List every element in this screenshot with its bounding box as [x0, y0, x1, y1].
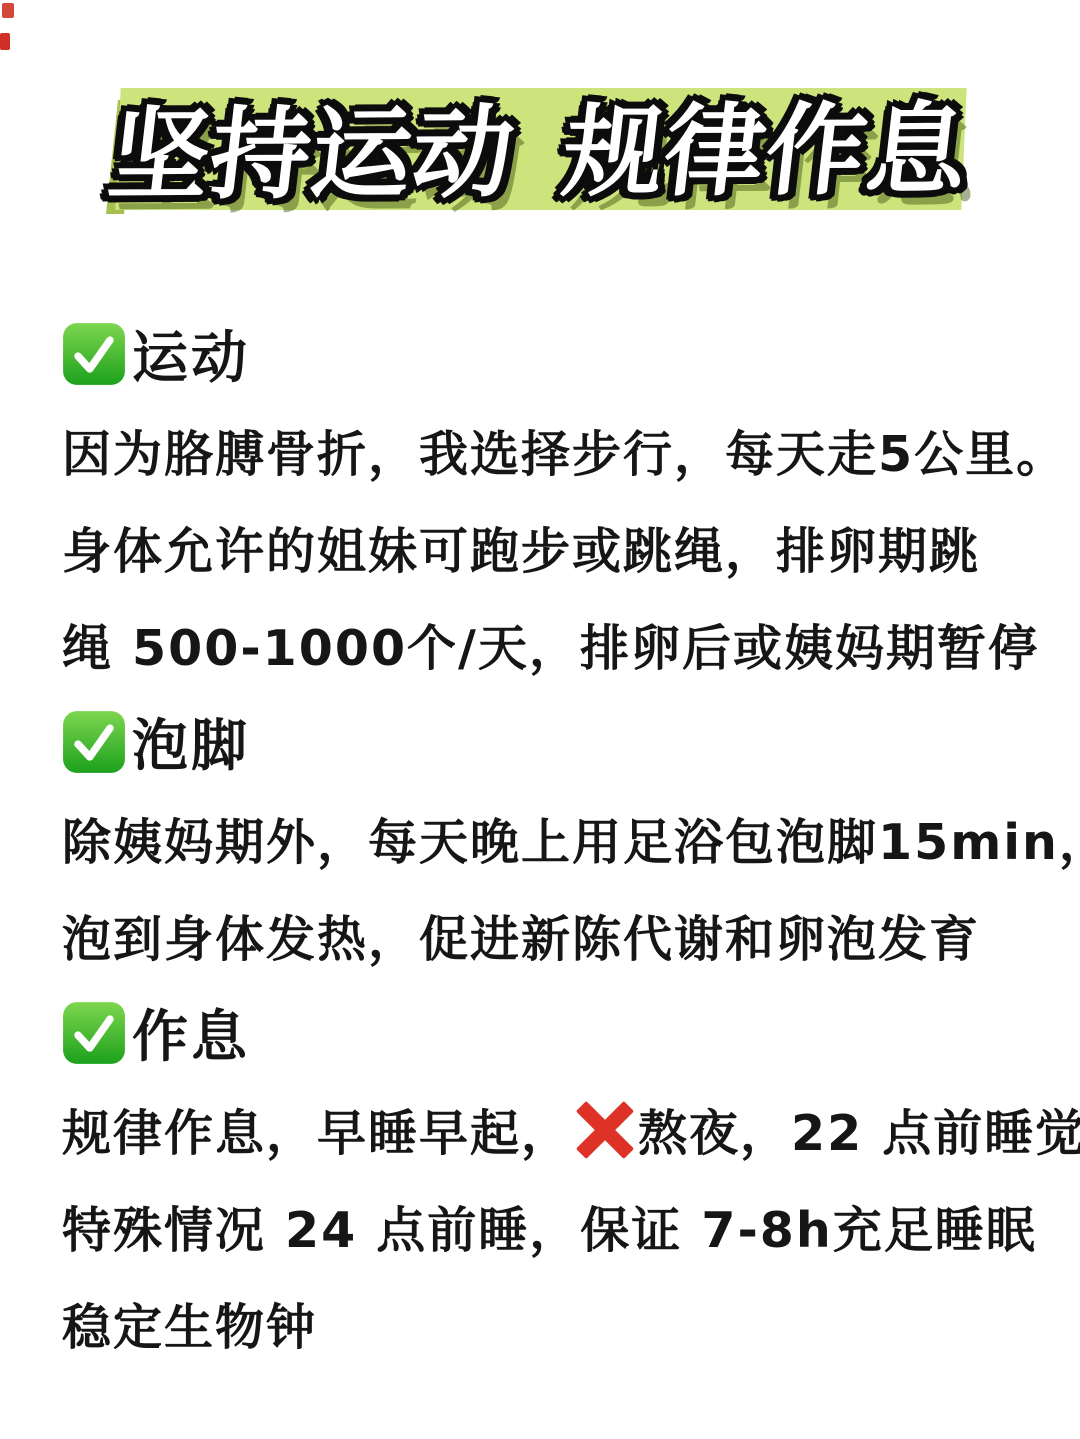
check-emoji	[62, 710, 126, 774]
text-line: 泡到身体发热，促进新陈代谢和卵泡发育	[62, 887, 1042, 984]
section-heading-label: 泡脚	[132, 702, 250, 782]
text-line-with-cross: 规律作息，早睡早起， 熬夜，22 点前睡觉	[62, 1081, 1042, 1178]
text-segment: 规律作息，早睡早起，	[62, 1095, 572, 1165]
check-emoji	[62, 322, 126, 386]
red-corner-mark	[2, 3, 14, 18]
section-heading-sleep: 作息	[62, 984, 1042, 1081]
red-corner-mark	[0, 33, 10, 50]
text-line: 除姨妈期外，每天晚上用足浴包泡脚15min，	[62, 790, 1042, 887]
section-heading-exercise: 运动	[62, 305, 1042, 402]
note-body: 运动 因为胳膊骨折，我选择步行，每天走5公里。 身体允许的姐妹可跑步或跳绳，排卵…	[62, 305, 1042, 1372]
text-segment: 熬夜，22 点前睡觉	[638, 1095, 1080, 1165]
page-title: 坚持运动 规律作息	[0, 68, 1080, 220]
text-line: 稳定生物钟	[62, 1275, 1042, 1372]
text-line: 身体允许的姐妹可跑步或跳绳，排卵期跳	[62, 499, 1042, 596]
text-line: 绳 500-1000个/天，排卵后或姨妈期暂停	[62, 596, 1042, 693]
check-emoji	[62, 1001, 126, 1065]
text-line: 因为胳膊骨折，我选择步行，每天走5公里。	[62, 402, 1042, 499]
section-heading-label: 运动	[132, 314, 250, 394]
text-line: 特殊情况 24 点前睡，保证 7-8h充足睡眠	[62, 1178, 1042, 1275]
section-heading-footsoak: 泡脚	[62, 693, 1042, 790]
cross-emoji	[576, 1101, 634, 1159]
section-heading-label: 作息	[132, 993, 250, 1073]
